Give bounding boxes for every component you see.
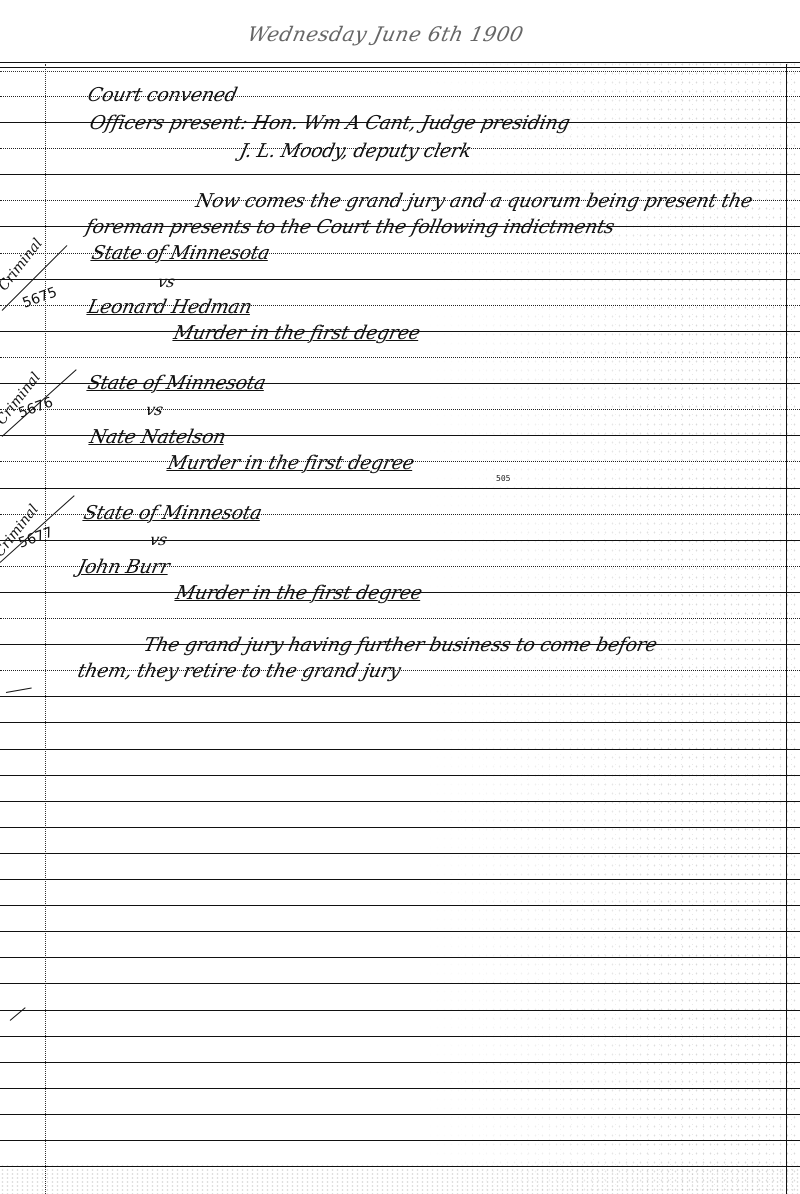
ledger-rule <box>0 279 800 280</box>
officers-present-text: Officers present: Hon. Wm A Cant, Judge … <box>88 112 572 134</box>
ledger-rule <box>0 488 800 489</box>
scan-noise-bottom <box>0 1164 800 1194</box>
ledger-rule <box>0 357 800 358</box>
plaintiff: State of Minnesota <box>90 242 272 264</box>
stray-mark: 505 <box>496 474 510 483</box>
grand-jury-intro-line-1: Now comes the grand jury and a quorum be… <box>194 190 755 212</box>
defendant: Leonard Hedman <box>86 296 254 318</box>
ledger-rule <box>0 957 800 958</box>
defendant: Nate Natelson <box>88 426 228 448</box>
ledger-rule <box>0 1010 800 1011</box>
pen-mark <box>6 687 32 692</box>
versus: vs <box>148 530 169 549</box>
ledger-page: Wednesday June 6th 1900 Court convened O… <box>0 0 800 1194</box>
closing-line-1: The grand jury having further business t… <box>142 634 659 656</box>
versus: vs <box>156 272 177 291</box>
top-double-rule <box>0 62 800 68</box>
top-dotted-rule <box>0 71 800 72</box>
grand-jury-intro-line-2: foreman presents to the Court the follow… <box>84 216 617 238</box>
defendant: John Burr <box>76 556 172 578</box>
margin-label-criminal: Criminal <box>0 236 46 294</box>
charge: Murder in the first degree <box>166 452 416 474</box>
ledger-rule <box>0 905 800 906</box>
ledger-rule <box>0 174 800 175</box>
plaintiff: State of Minnesota <box>86 372 268 394</box>
ledger-rule <box>0 749 800 750</box>
ledger-rule <box>0 827 800 828</box>
ledger-rule <box>0 1062 800 1063</box>
ledger-rule <box>0 722 800 723</box>
versus: vs <box>144 400 165 419</box>
plaintiff: State of Minnesota <box>82 502 264 524</box>
ledger-rule <box>0 618 800 619</box>
right-margin-line <box>786 64 787 1194</box>
ledger-rule <box>0 853 800 854</box>
ledger-rule <box>0 931 800 932</box>
deputy-clerk-text: J. L. Moody, deputy clerk <box>238 140 474 162</box>
case-number: 5675 <box>20 284 59 311</box>
charge: Murder in the first degree <box>174 582 424 604</box>
court-convened-text: Court convened <box>86 84 239 106</box>
ledger-rule <box>0 775 800 776</box>
ledger-rule <box>0 1036 800 1037</box>
ledger-rule <box>0 801 800 802</box>
ledger-rule <box>0 1140 800 1141</box>
page-header-date: Wednesday June 6th 1900 <box>245 22 525 46</box>
charge: Murder in the first degree <box>172 322 422 344</box>
closing-line-2: them, they retire to the grand jury <box>76 660 403 682</box>
ledger-rule <box>0 1166 800 1167</box>
ledger-rule <box>0 409 800 410</box>
ledger-rule <box>0 540 800 541</box>
ledger-rule <box>0 879 800 880</box>
ledger-rule <box>0 1114 800 1115</box>
ledger-rule <box>0 1088 800 1089</box>
ledger-rule <box>0 983 800 984</box>
ledger-rule <box>0 696 800 697</box>
left-margin-line <box>45 64 46 1194</box>
